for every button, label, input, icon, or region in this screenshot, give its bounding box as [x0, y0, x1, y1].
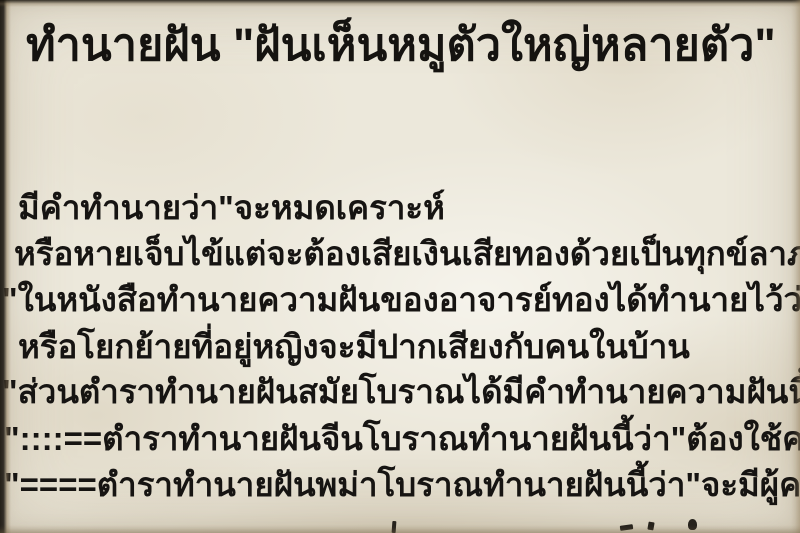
paper-edge-left: [0, 0, 11, 533]
body-line-3: "ในหนังสือทำนายความฝันของอาจารย์ทองได้ทำ…: [2, 278, 800, 322]
body-line-6: "::::==ตำราทำนายฝันจีนโบราณทำนายฝันนี้ว่…: [4, 417, 800, 461]
paper-edge-top: [0, 0, 800, 7]
body-line-4: หรือโยกย้ายที่อยู่หญิงจะมีปากเสียงกับคนใ…: [18, 325, 690, 369]
paper-background: ทำนายฝัน "ฝันเห็นหมูตัวใหญ่หลายตัว" มีคำ…: [0, 0, 800, 533]
paper-edge-right: [791, 0, 800, 533]
page-title: ทำนายฝัน "ฝันเห็นหมูตัวใหญ่หลายตัว": [26, 14, 796, 76]
body-line-1: มีคำทำนายว่า"จะหมดเคราะห์: [18, 186, 445, 230]
body-line-5: "ส่วนตำราทำนายฝันสมัยโบราณได้มีคำทำนายคว…: [2, 370, 800, 414]
paper-edge-bottom: [0, 525, 800, 533]
body-line-2: หรือหายเจ็บไข้แต่จะต้องเสียเงินเสียทองด้…: [14, 232, 800, 276]
body-line-7: "====ตำราทำนายฝันพม่าโบราณทำนายฝันนี้ว่า…: [4, 463, 800, 507]
